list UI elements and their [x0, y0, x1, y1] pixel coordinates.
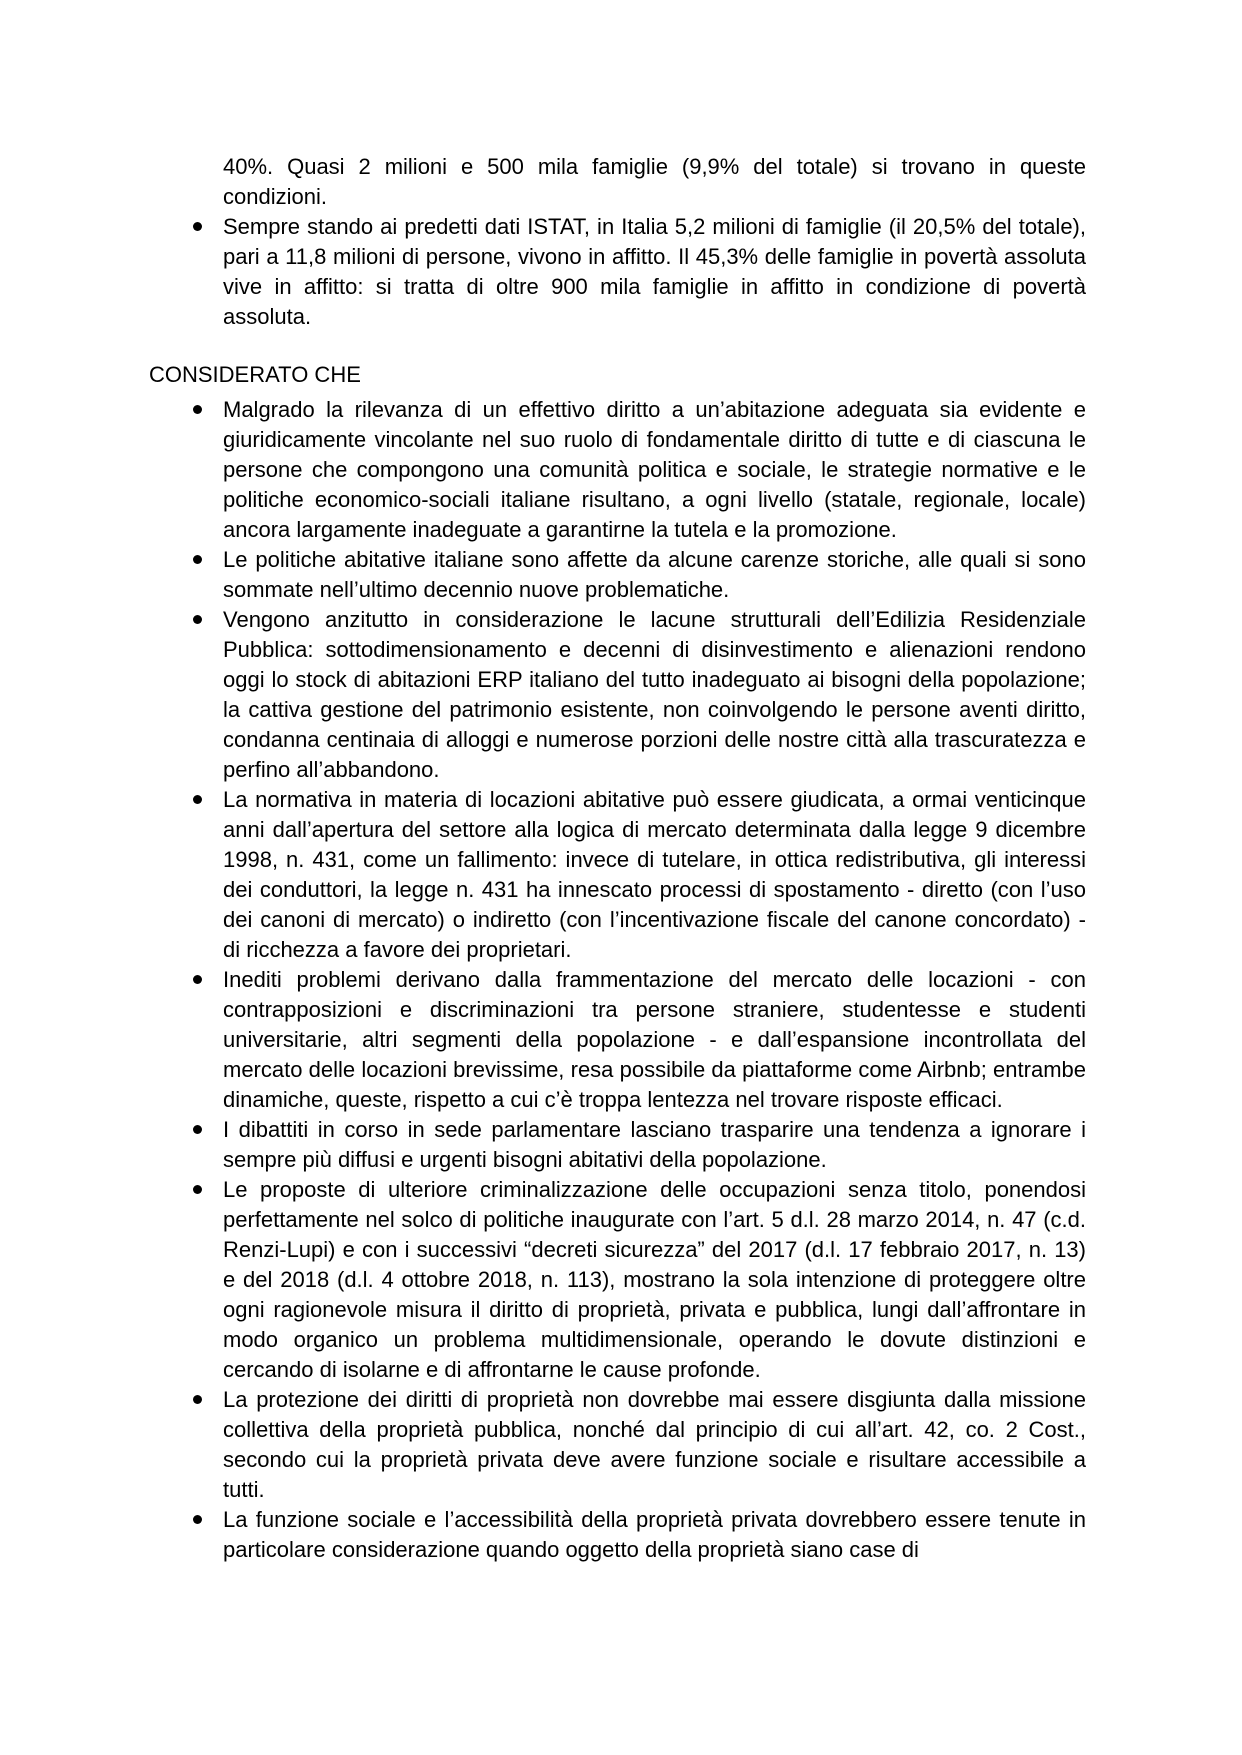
list-item: Malgrado la rilevanza di un effettivo di… [149, 395, 1086, 545]
bullet-icon [193, 615, 202, 624]
list-item: Vengono anzitutto in considerazione le l… [149, 605, 1086, 785]
list-item-text: Sempre stando ai predetti dati ISTAT, in… [223, 214, 1086, 329]
bullet-icon [193, 1185, 202, 1194]
bullet-icon [193, 222, 202, 231]
bullet-icon [193, 1395, 202, 1404]
list-item-text: La normativa in materia di locazioni abi… [223, 787, 1086, 962]
list-item-text: Vengono anzitutto in considerazione le l… [223, 607, 1086, 782]
document-content: 40%. Quasi 2 milioni e 500 mila famiglie… [149, 152, 1086, 1565]
list-item: Inediti problemi derivano dalla framment… [149, 965, 1086, 1115]
intro-bullet-list: 40%. Quasi 2 milioni e 500 mila famiglie… [149, 152, 1086, 332]
bullet-icon [193, 555, 202, 564]
bullet-icon [193, 1515, 202, 1524]
bullet-icon [193, 1125, 202, 1134]
list-item-text: La protezione dei diritti di proprietà n… [223, 1387, 1086, 1502]
bullet-icon [193, 795, 202, 804]
list-item-continuation: 40%. Quasi 2 milioni e 500 mila famiglie… [149, 152, 1086, 212]
list-item: La protezione dei diritti di proprietà n… [149, 1385, 1086, 1505]
list-item: La funzione sociale e l’accessibilità de… [149, 1505, 1086, 1565]
list-item: La normativa in materia di locazioni abi… [149, 785, 1086, 965]
considerato-bullet-list: Malgrado la rilevanza di un effettivo di… [149, 395, 1086, 1565]
bullet-icon [193, 975, 202, 984]
list-item-text: I dibattiti in corso in sede parlamentar… [223, 1117, 1086, 1172]
document-page: 40%. Quasi 2 milioni e 500 mila famiglie… [0, 0, 1242, 1755]
list-item: Sempre stando ai predetti dati ISTAT, in… [149, 212, 1086, 332]
list-item-text: Le politiche abitative italiane sono aff… [223, 547, 1086, 602]
list-item-text: Le proposte di ulteriore criminalizzazio… [223, 1177, 1086, 1382]
section-heading: CONSIDERATO CHE [149, 360, 1086, 390]
list-item: I dibattiti in corso in sede parlamentar… [149, 1115, 1086, 1175]
list-item-text: 40%. Quasi 2 milioni e 500 mila famiglie… [223, 154, 1086, 209]
list-item-text: Inediti problemi derivano dalla framment… [223, 967, 1086, 1112]
list-item-text: La funzione sociale e l’accessibilità de… [223, 1507, 1086, 1562]
bullet-icon [193, 405, 202, 414]
list-item: Le politiche abitative italiane sono aff… [149, 545, 1086, 605]
list-item-text: Malgrado la rilevanza di un effettivo di… [223, 397, 1086, 542]
list-item: Le proposte di ulteriore criminalizzazio… [149, 1175, 1086, 1385]
